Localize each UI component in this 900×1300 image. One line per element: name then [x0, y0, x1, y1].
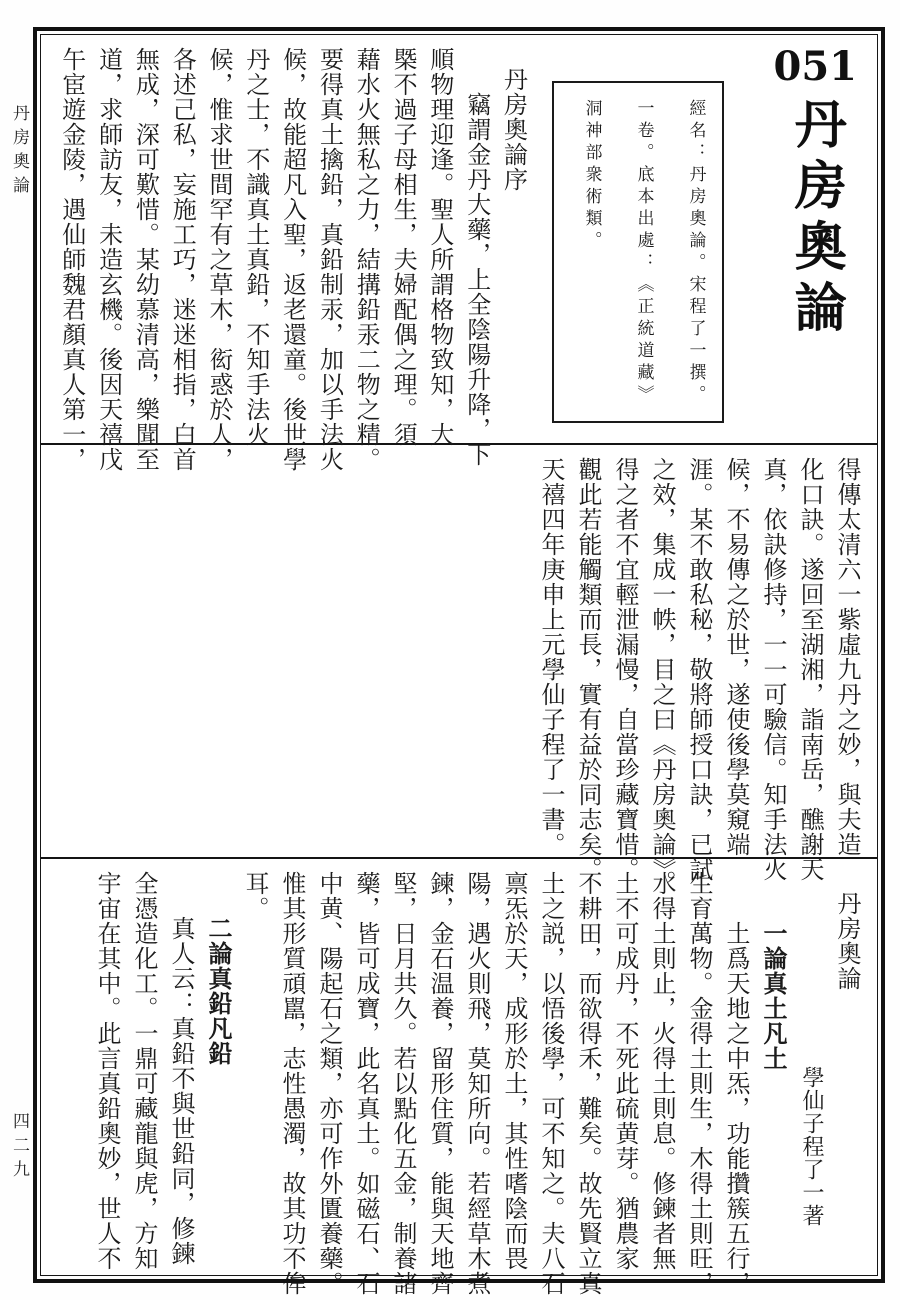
text-column: 候，不易傳之於世，遂使後學莫窺端: [715, 457, 752, 857]
text-column: 耳。: [234, 871, 271, 921]
text-column: 順物理迎逢。聖人所謂格物致知，大: [419, 47, 456, 447]
text-column: 之效，集成一帙，目之曰《丹房奧論》。: [641, 457, 678, 895]
main-text-section: 丹房奧論 學仙子程了一著 一論真土凡土 土爲天地之中炁，功能攢簇五行， 生育萬物…: [41, 859, 877, 1300]
scanned-page: 丹房奧論 四二九 051 丹房奧論 經名：丹房奧論。宋程了一撰。 一卷。底本出處…: [0, 0, 900, 1300]
text-column: 宇宙在其中。此言真鉛奧妙，世人不: [86, 871, 123, 1271]
text-column: 藉水火無私之力，結搆鉛汞二物之精。: [345, 47, 382, 472]
scripture-info-box: 經名：丹房奧論。宋程了一撰。 一卷。底本出處：《正統道藏》 洞神部衆術類。: [552, 81, 724, 423]
text-column: 堅，日月共久。若以點化五金，制養諸: [382, 871, 419, 1296]
text-column: 真，依訣修持，一一可驗信。知手法火: [752, 457, 789, 882]
text-column: 得傳太清六一紫虛九丹之妙，與夫造: [826, 457, 863, 857]
text-column: 丹之士，不識真土真鉛，不知手法火: [235, 47, 272, 447]
page-frame: 051 丹房奧論 經名：丹房奧論。宋程了一撰。 一卷。底本出處：《正統道藏》 洞…: [40, 34, 878, 1276]
text-column: 候，故能超凡入聖，返老還童。後世學: [272, 47, 309, 472]
meta-column: 經名：丹房奧論。宋程了一撰。: [676, 99, 704, 405]
text-column: 生育萬物。金得土則生，木得土則旺，: [678, 871, 715, 1296]
folio-page-number: 四二九: [7, 1112, 32, 1184]
text-column: 竊謂金丹大藥，上全陰陽升降，下: [456, 47, 493, 467]
text-column: 水得土則止，火得土則息。修鍊者無: [641, 871, 678, 1271]
preface-section: 051 丹房奧論 經名：丹房奧論。宋程了一撰。 一卷。底本出處：《正統道藏》 洞…: [41, 35, 877, 445]
text-column: 全憑造化工。一鼎可藏龍與虎，方知: [123, 871, 160, 1271]
text-column: 道，求師訪友，未造玄機。後因天禧戊: [88, 47, 125, 472]
text-column: 槩不過子母相生，夫婦配偶之理。須: [382, 47, 419, 447]
text-column: 候，惟求世間罕有之草木，衒惑於人，: [198, 47, 235, 472]
meta-column: 洞神部衆術類。: [572, 99, 600, 405]
text-column: 禀炁於天，成形於土，其性嗜陰而畏: [493, 871, 530, 1271]
text-column: 藥，皆可成寶，此名真土。如磁石、石: [345, 871, 382, 1296]
text-column: 土不可成丹，不死此硫黄芽。猶農家: [604, 871, 641, 1271]
text-column: 惟其形質頑嚚，志性愚濁，故其功不侔: [271, 871, 308, 1296]
title-block: 051 丹房奧論: [768, 47, 863, 341]
text-column: 中黄、陽起石之類，亦可作外匱養藥。: [308, 871, 345, 1296]
preface-header: 丹房奧論序: [493, 47, 530, 192]
document-number: 051: [774, 47, 858, 87]
author-column: 學仙子程了一著: [789, 871, 826, 1227]
meta-column: 一卷。底本出處：《正統道藏》: [624, 99, 652, 405]
preface-continuation-section: 得傳太清六一紫虛九丹之妙，與夫造 化口訣。遂回至湖湘，詣南岳，醮謝天 真，依訣修…: [41, 445, 877, 859]
text-column: 土之説，以悟後學，可不知之。夫八石: [530, 871, 567, 1296]
section2-header: 二論真鉛凡鉛: [197, 871, 234, 1066]
document-title: 丹房奧論: [789, 97, 841, 341]
text-column: 土爲天地之中炁，功能攢簇五行，: [715, 871, 752, 1296]
text-column: 陽，遇火則飛，莫知所向。若經草木煮: [456, 871, 493, 1296]
text-column: 午宦遊金陵，遇仙師魏君顏真人第一，: [51, 47, 88, 472]
text-column: 涯。某不敢私秘，敬將師授口訣，已試: [678, 457, 715, 882]
section1-header: 一論真土凡土: [752, 871, 789, 1071]
text-column: 鍊，金石温養，留形住質，能與天地齊: [419, 871, 456, 1296]
text-column: 真人云：真鉛不與世鉛同，修鍊: [160, 871, 197, 1266]
text-column: 天禧四年庚申上元學仙子程了一書。: [530, 457, 567, 857]
text-column: 得之者不宜輕泄漏慢，自當珍藏寶惜。: [604, 457, 641, 882]
margin-running-title: 丹房奧論: [7, 104, 32, 200]
text-column: 要得真土擒鉛，真鉛制汞，加以手法火: [309, 47, 346, 472]
text-column: 不耕田，而欲得禾，難矣。故先賢立真: [567, 871, 604, 1296]
text-column: 各述己私，妄施工巧，迷迷相指，白首: [161, 47, 198, 472]
text-column: 無成，深可歎惜。某幼慕清高，樂聞至: [125, 47, 162, 472]
main-title-column: 丹房奧論: [826, 871, 863, 991]
text-column: 觀此若能觸類而長，實有益於同志矣。: [567, 457, 604, 882]
text-column: 化口訣。遂回至湖湘，詣南岳，醮謝天: [789, 457, 826, 882]
